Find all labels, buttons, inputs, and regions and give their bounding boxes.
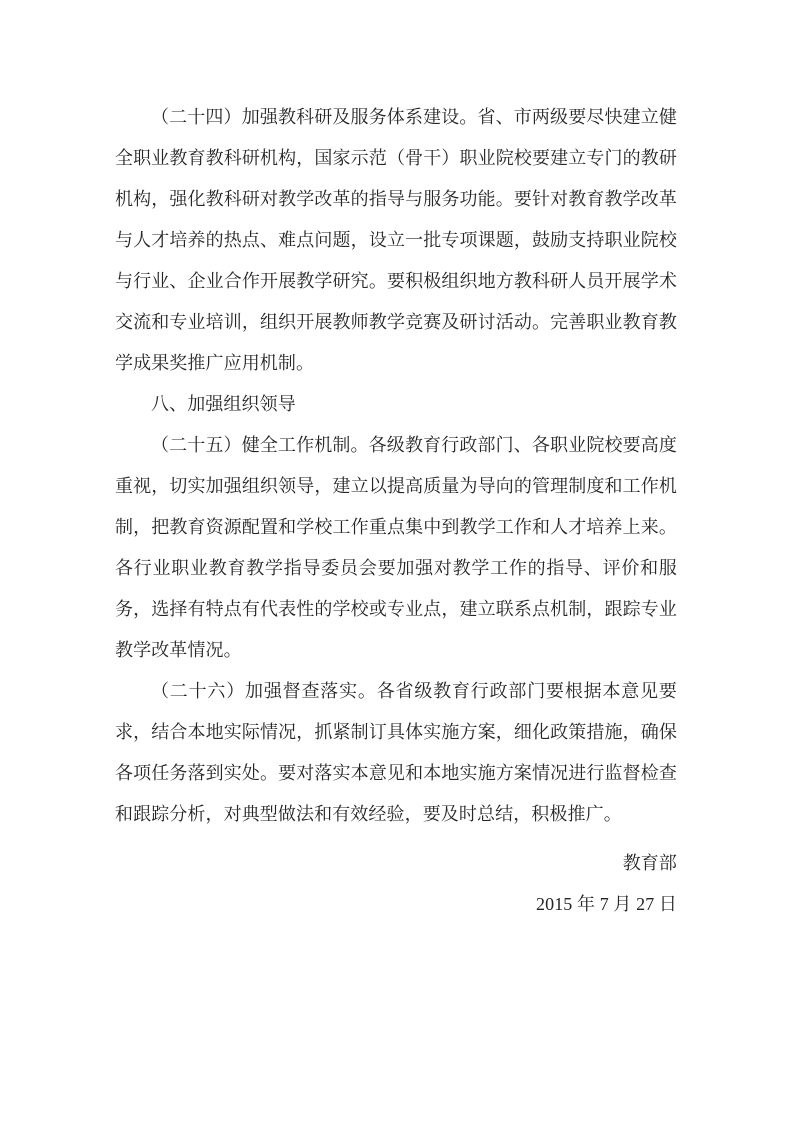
paragraph-section-26: （二十六）加强督查落实。各省级教育行政部门要根据本意见要求，结合本地实际情况，抓… [115, 671, 677, 835]
paragraph-section-25: （二十五）健全工作机制。各级教育行政部门、各职业院校要高度重视，切实加强组织领导… [115, 425, 677, 671]
signature-issuer: 教育部 [115, 843, 677, 884]
section-heading-8: 八、加强组织领导 [115, 384, 677, 425]
signature-date: 2015 年 7 月 27 日 [115, 884, 677, 925]
paragraph-section-24: （二十四）加强教科研及服务体系建设。省、市两级要尽快建立健全职业教育教科研机构，… [115, 97, 677, 384]
document-page: （二十四）加强教科研及服务体系建设。省、市两级要尽快建立健全职业教育教科研机构，… [0, 0, 793, 1122]
document-content: （二十四）加强教科研及服务体系建设。省、市两级要尽快建立健全职业教育教科研机构，… [115, 97, 677, 925]
